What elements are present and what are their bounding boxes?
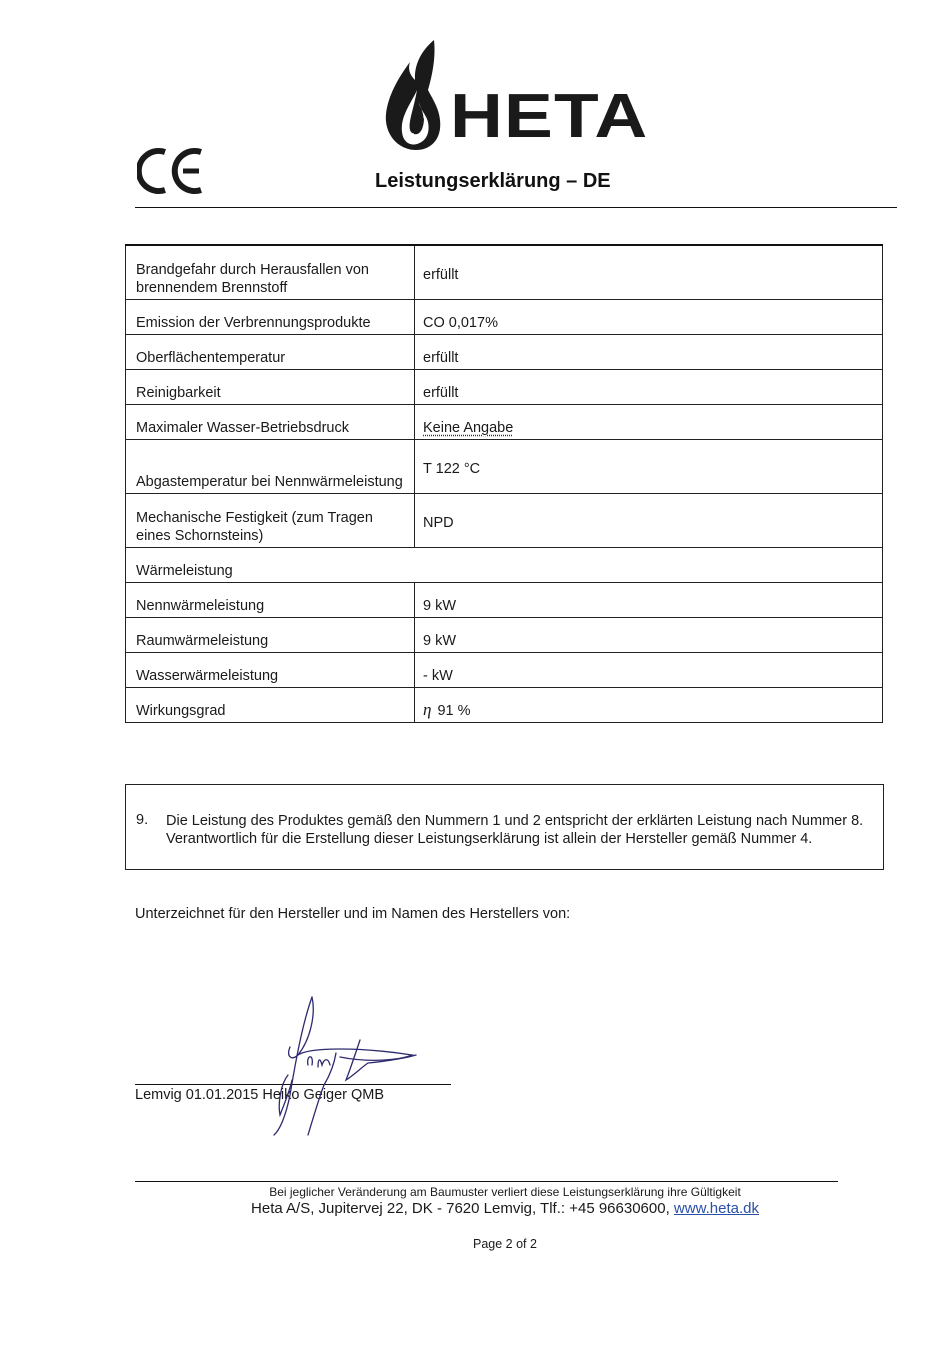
row-label: Maximaler Wasser-Betriebsdruck xyxy=(126,404,415,439)
row-label: Raumwärmeleistung xyxy=(126,617,415,652)
row-label: Wasserwärmeleistung xyxy=(126,652,415,687)
row-label: Brandgefahr durch Herausfallen von brenn… xyxy=(126,245,415,299)
footer-note: Bei jeglicher Veränderung am Baumuster v… xyxy=(135,1185,875,1199)
declaration-number: 9. xyxy=(136,812,148,828)
table-row: Mechanische Festigkeit (zum Tragen eines… xyxy=(126,493,883,547)
row-label: Emission der Verbrennungsprodukte xyxy=(126,299,415,334)
row-value: erfüllt xyxy=(415,245,883,299)
page-number: Page 2 of 2 xyxy=(135,1237,875,1251)
address-text: Heta A/S, Jupitervej 22, DK - 7620 Lemvi… xyxy=(251,1200,674,1217)
table-row: Wirkungsgrad η91 % xyxy=(126,687,883,722)
website-link[interactable]: www.heta.dk xyxy=(674,1200,759,1217)
footer-divider xyxy=(135,1181,838,1182)
row-label: Wirkungsgrad xyxy=(126,687,415,722)
table-row: Oberflächentemperatur erfüllt xyxy=(126,334,883,369)
table-row: Raumwärmeleistung 9 kW xyxy=(126,617,883,652)
ce-mark-icon xyxy=(137,146,205,196)
row-value: NPD xyxy=(415,493,883,547)
declaration-box: 9. Die Leistung des Produktes gemäß den … xyxy=(125,784,884,870)
row-label: Oberflächentemperatur xyxy=(126,334,415,369)
section-heading-row: Wärmeleistung xyxy=(126,547,883,582)
brand-wordmark: HETA xyxy=(450,86,648,148)
efficiency-value: 91 % xyxy=(437,703,470,719)
table-row: Abgastemperatur bei Nennwärmeleistung T … xyxy=(126,439,883,493)
table-row: Reinigbarkeit erfüllt xyxy=(126,369,883,404)
signed-by-text: Unterzeichnet für den Hersteller und im … xyxy=(135,906,570,922)
section-heading: Wärmeleistung xyxy=(126,547,883,582)
eta-symbol: η xyxy=(423,700,431,719)
row-value: erfüllt xyxy=(415,334,883,369)
declaration-text: Die Leistung des Produktes gemäß den Num… xyxy=(166,812,876,848)
row-value: Keine Angabe xyxy=(415,404,883,439)
row-label: Reinigbarkeit xyxy=(126,369,415,404)
row-value: η91 % xyxy=(415,687,883,722)
row-value: 9 kW xyxy=(415,617,883,652)
table-row: Emission der Verbrennungsprodukte CO 0,0… xyxy=(126,299,883,334)
row-value: - kW xyxy=(415,652,883,687)
row-value: 9 kW xyxy=(415,582,883,617)
table-row: Brandgefahr durch Herausfallen von brenn… xyxy=(126,245,883,299)
row-label: Abgastemperatur bei Nennwärmeleistung xyxy=(126,439,415,493)
footer-address: Heta A/S, Jupitervej 22, DK - 7620 Lemvi… xyxy=(135,1200,875,1217)
header-divider xyxy=(135,207,897,208)
signature-icon xyxy=(250,995,425,1140)
row-value: CO 0,017% xyxy=(415,299,883,334)
table-row: Nennwärmeleistung 9 kW xyxy=(126,582,883,617)
row-value: T 122 °C xyxy=(415,439,883,493)
table-row: Wasserwärmeleistung - kW xyxy=(126,652,883,687)
table-row: Maximaler Wasser-Betriebsdruck Keine Ang… xyxy=(126,404,883,439)
performance-table: Brandgefahr durch Herausfallen von brenn… xyxy=(125,244,883,723)
row-label: Mechanische Festigkeit (zum Tragen eines… xyxy=(126,493,415,547)
row-value: erfüllt xyxy=(415,369,883,404)
row-value-text: Keine Angabe xyxy=(423,420,513,436)
row-label: Nennwärmeleistung xyxy=(126,582,415,617)
page-title: Leistungserklärung – DE xyxy=(375,170,611,193)
